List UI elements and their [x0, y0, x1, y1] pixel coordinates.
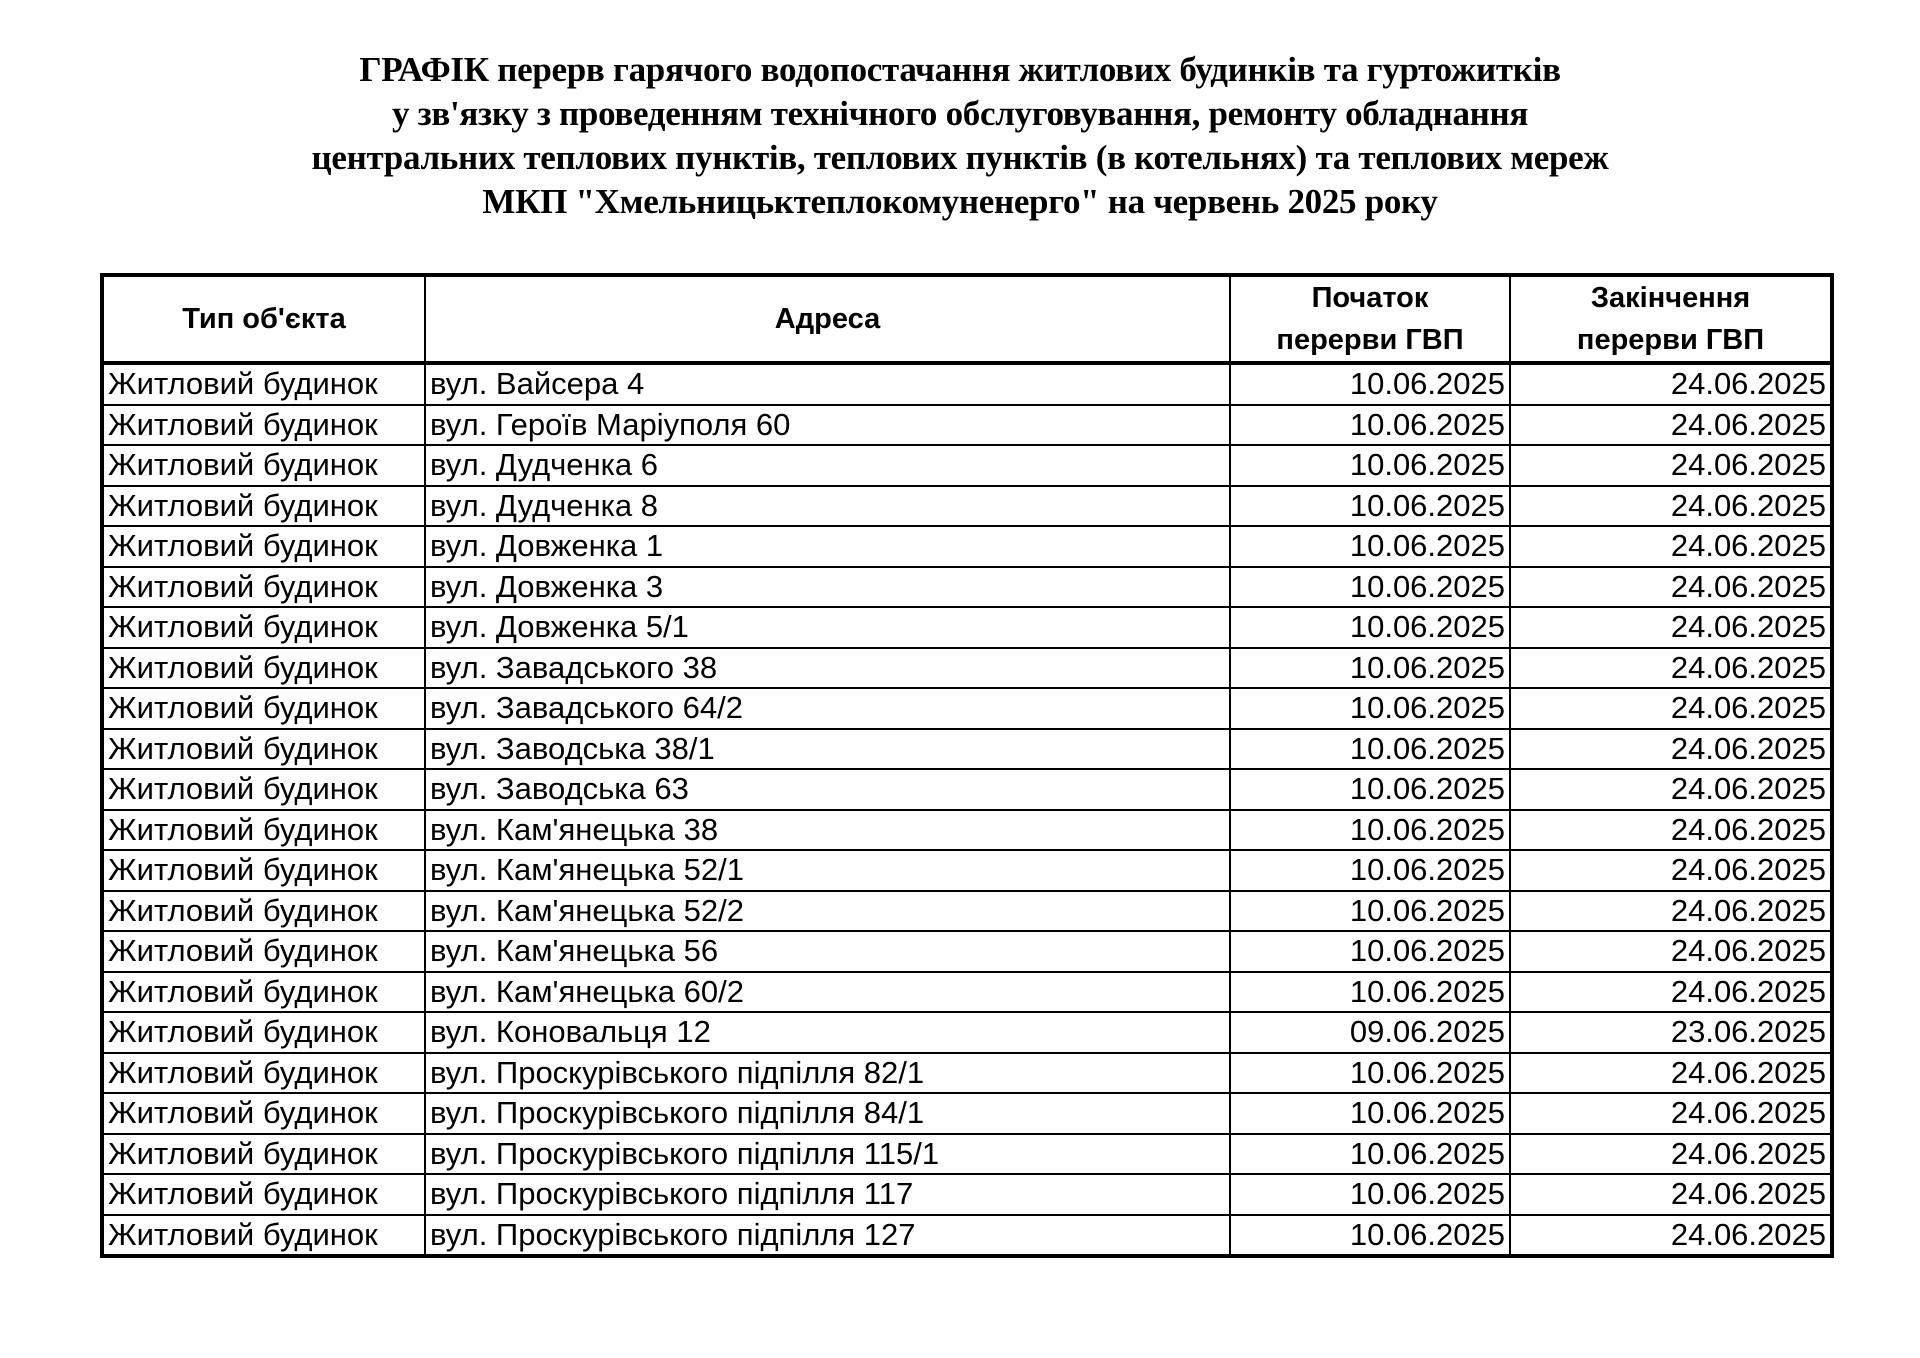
- cell-end-date: 24.06.2025: [1510, 567, 1832, 608]
- cell-start-date: 10.06.2025: [1230, 1093, 1510, 1134]
- header-start-date: Початок перерви ГВП: [1230, 275, 1510, 363]
- header-address: Адреса: [425, 275, 1230, 363]
- cell-object-type: Житловий будинок: [102, 405, 425, 446]
- header-end-date: Закінчення перерви ГВП: [1510, 275, 1832, 363]
- cell-object-type: Житловий будинок: [102, 891, 425, 932]
- cell-start-date: 10.06.2025: [1230, 486, 1510, 527]
- cell-object-type: Житловий будинок: [102, 769, 425, 810]
- cell-object-type: Житловий будинок: [102, 688, 425, 729]
- cell-end-date: 24.06.2025: [1510, 1053, 1832, 1094]
- cell-address: вул. Кам'янецька 52/2: [425, 891, 1230, 932]
- cell-start-date: 10.06.2025: [1230, 688, 1510, 729]
- cell-object-type: Житловий будинок: [102, 810, 425, 851]
- cell-object-type: Житловий будинок: [102, 526, 425, 567]
- cell-address: вул. Довженка 3: [425, 567, 1230, 608]
- table-row: Житловий будиноквул. Довженка 5/110.06.2…: [102, 607, 1832, 648]
- title-line: центральних теплових пунктів, теплових п…: [0, 136, 1920, 180]
- table-row: Житловий будиноквул. Героїв Маріуполя 60…: [102, 405, 1832, 446]
- cell-end-date: 24.06.2025: [1510, 810, 1832, 851]
- document-title: ГРАФІК перерв гарячого водопостачання жи…: [0, 48, 1920, 224]
- cell-end-date: 24.06.2025: [1510, 1134, 1832, 1175]
- cell-end-date: 24.06.2025: [1510, 526, 1832, 567]
- table-row: Житловий будиноквул. Проскурівського під…: [102, 1215, 1832, 1257]
- cell-start-date: 09.06.2025: [1230, 1012, 1510, 1053]
- cell-address: вул. Проскурівського підпілля 115/1: [425, 1134, 1230, 1175]
- cell-end-date: 24.06.2025: [1510, 486, 1832, 527]
- cell-start-date: 10.06.2025: [1230, 526, 1510, 567]
- table-row: Житловий будиноквул. Вайсера 410.06.2025…: [102, 363, 1832, 405]
- cell-start-date: 10.06.2025: [1230, 972, 1510, 1013]
- cell-start-date: 10.06.2025: [1230, 810, 1510, 851]
- cell-end-date: 24.06.2025: [1510, 688, 1832, 729]
- table-row: Житловий будиноквул. Кам'янецька 52/110.…: [102, 850, 1832, 891]
- cell-address: вул. Дудченка 8: [425, 486, 1230, 527]
- table-row: Житловий будиноквул. Проскурівського під…: [102, 1093, 1832, 1134]
- cell-end-date: 24.06.2025: [1510, 850, 1832, 891]
- cell-start-date: 10.06.2025: [1230, 931, 1510, 972]
- cell-object-type: Житловий будинок: [102, 972, 425, 1013]
- cell-object-type: Житловий будинок: [102, 729, 425, 770]
- cell-start-date: 10.06.2025: [1230, 445, 1510, 486]
- cell-object-type: Житловий будинок: [102, 850, 425, 891]
- table-row: Житловий будиноквул. Заводська 6310.06.2…: [102, 769, 1832, 810]
- cell-object-type: Житловий будинок: [102, 1053, 425, 1094]
- cell-address: вул. Довженка 5/1: [425, 607, 1230, 648]
- cell-address: вул. Кам'янецька 60/2: [425, 972, 1230, 1013]
- cell-object-type: Житловий будинок: [102, 445, 425, 486]
- cell-address: вул. Кам'янецька 38: [425, 810, 1230, 851]
- cell-end-date: 24.06.2025: [1510, 931, 1832, 972]
- cell-start-date: 10.06.2025: [1230, 607, 1510, 648]
- table-row: Житловий будиноквул. Заводська 38/110.06…: [102, 729, 1832, 770]
- cell-start-date: 10.06.2025: [1230, 850, 1510, 891]
- cell-object-type: Житловий будинок: [102, 1215, 425, 1257]
- table-row: Житловий будиноквул. Дудченка 810.06.202…: [102, 486, 1832, 527]
- cell-end-date: 24.06.2025: [1510, 607, 1832, 648]
- cell-address: вул. Вайсера 4: [425, 363, 1230, 405]
- cell-object-type: Житловий будинок: [102, 931, 425, 972]
- cell-end-date: 24.06.2025: [1510, 1174, 1832, 1215]
- cell-address: вул. Героїв Маріуполя 60: [425, 405, 1230, 446]
- cell-object-type: Житловий будинок: [102, 1012, 425, 1053]
- title-line: у зв'язку з проведенням технічного обслу…: [0, 92, 1920, 136]
- cell-end-date: 24.06.2025: [1510, 445, 1832, 486]
- cell-address: вул. Заводська 63: [425, 769, 1230, 810]
- outage-schedule-table: Тип об'єкта Адреса Початок перерви ГВП З…: [100, 273, 1834, 1258]
- table-row: Житловий будиноквул. Проскурівського під…: [102, 1134, 1832, 1175]
- cell-address: вул. Довженка 1: [425, 526, 1230, 567]
- cell-address: вул. Завадського 38: [425, 648, 1230, 689]
- table-row: Житловий будиноквул. Коновальця 1209.06.…: [102, 1012, 1832, 1053]
- table-row: Житловий будиноквул. Дудченка 610.06.202…: [102, 445, 1832, 486]
- cell-start-date: 10.06.2025: [1230, 1215, 1510, 1257]
- cell-address: вул. Дудченка 6: [425, 445, 1230, 486]
- title-line: ГРАФІК перерв гарячого водопостачання жи…: [0, 48, 1920, 92]
- cell-object-type: Житловий будинок: [102, 1134, 425, 1175]
- cell-start-date: 10.06.2025: [1230, 891, 1510, 932]
- table-row: Житловий будиноквул. Довженка 310.06.202…: [102, 567, 1832, 608]
- table-row: Житловий будиноквул. Кам'янецька 3810.06…: [102, 810, 1832, 851]
- cell-end-date: 24.06.2025: [1510, 1215, 1832, 1257]
- title-line: МКП "Хмельницьктеплокомуненерго" на черв…: [0, 180, 1920, 224]
- table-row: Житловий будиноквул. Довженка 110.06.202…: [102, 526, 1832, 567]
- cell-start-date: 10.06.2025: [1230, 1174, 1510, 1215]
- cell-end-date: 24.06.2025: [1510, 1093, 1832, 1134]
- cell-address: вул. Заводська 38/1: [425, 729, 1230, 770]
- cell-start-date: 10.06.2025: [1230, 769, 1510, 810]
- cell-object-type: Житловий будинок: [102, 567, 425, 608]
- table-row: Житловий будиноквул. Завадського 64/210.…: [102, 688, 1832, 729]
- table-row: Житловий будиноквул. Проскурівського під…: [102, 1174, 1832, 1215]
- cell-start-date: 10.06.2025: [1230, 729, 1510, 770]
- cell-object-type: Житловий будинок: [102, 486, 425, 527]
- table-row: Житловий будиноквул. Проскурівського під…: [102, 1053, 1832, 1094]
- cell-object-type: Житловий будинок: [102, 607, 425, 648]
- cell-start-date: 10.06.2025: [1230, 405, 1510, 446]
- cell-end-date: 24.06.2025: [1510, 729, 1832, 770]
- cell-end-date: 24.06.2025: [1510, 405, 1832, 446]
- cell-object-type: Житловий будинок: [102, 1093, 425, 1134]
- table-row: Житловий будиноквул. Кам'янецька 5610.06…: [102, 931, 1832, 972]
- cell-end-date: 24.06.2025: [1510, 363, 1832, 405]
- cell-address: вул. Завадського 64/2: [425, 688, 1230, 729]
- cell-start-date: 10.06.2025: [1230, 567, 1510, 608]
- cell-start-date: 10.06.2025: [1230, 363, 1510, 405]
- cell-end-date: 23.06.2025: [1510, 1012, 1832, 1053]
- table-row: Житловий будиноквул. Завадського 3810.06…: [102, 648, 1832, 689]
- cell-end-date: 24.06.2025: [1510, 648, 1832, 689]
- cell-object-type: Житловий будинок: [102, 648, 425, 689]
- cell-object-type: Житловий будинок: [102, 1174, 425, 1215]
- header-object-type: Тип об'єкта: [102, 275, 425, 363]
- table-row: Житловий будиноквул. Кам'янецька 60/210.…: [102, 972, 1832, 1013]
- cell-address: вул. Проскурівського підпілля 127: [425, 1215, 1230, 1257]
- cell-address: вул. Коновальця 12: [425, 1012, 1230, 1053]
- table-body: Житловий будиноквул. Вайсера 410.06.2025…: [102, 363, 1832, 1256]
- cell-address: вул. Проскурівського підпілля 82/1: [425, 1053, 1230, 1094]
- cell-start-date: 10.06.2025: [1230, 648, 1510, 689]
- cell-end-date: 24.06.2025: [1510, 769, 1832, 810]
- cell-end-date: 24.06.2025: [1510, 972, 1832, 1013]
- cell-address: вул. Проскурівського підпілля 117: [425, 1174, 1230, 1215]
- cell-start-date: 10.06.2025: [1230, 1053, 1510, 1094]
- cell-address: вул. Проскурівського підпілля 84/1: [425, 1093, 1230, 1134]
- cell-address: вул. Кам'янецька 52/1: [425, 850, 1230, 891]
- cell-start-date: 10.06.2025: [1230, 1134, 1510, 1175]
- cell-end-date: 24.06.2025: [1510, 891, 1832, 932]
- cell-object-type: Житловий будинок: [102, 363, 425, 405]
- table-header-row: Тип об'єкта Адреса Початок перерви ГВП З…: [102, 275, 1832, 363]
- cell-address: вул. Кам'янецька 56: [425, 931, 1230, 972]
- table-row: Житловий будиноквул. Кам'янецька 52/210.…: [102, 891, 1832, 932]
